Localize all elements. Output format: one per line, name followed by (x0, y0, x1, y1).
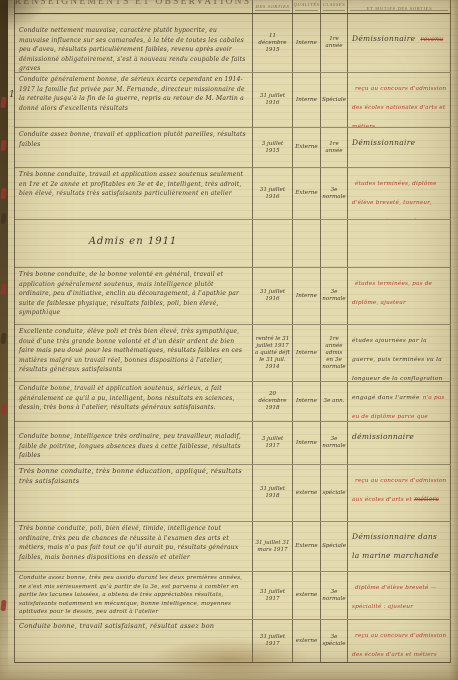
motif-cell (348, 220, 451, 267)
table-row: Conduite assez bonne, très peu assidu du… (15, 572, 451, 620)
date-cell: 31 juillet 1917 (253, 572, 293, 619)
quality-cell: Externe (293, 128, 321, 167)
class-cell: 1re année admis en 3e normale (321, 325, 348, 381)
quality-cell: Interne (293, 422, 321, 464)
motif-cell: reçu au concours d'admission aux écoles … (348, 465, 451, 521)
table-row: Conduite bonne, intelligence très ordina… (15, 422, 451, 465)
quality-cell: Interne (293, 268, 321, 324)
quality-cell (293, 220, 321, 267)
observation-cell: Très bonne conduite, très bonne éducatio… (15, 465, 253, 521)
class-cell: 3e normale (321, 268, 348, 324)
edge-mark (0, 213, 6, 225)
date-cell: 3 juillet 1915 (253, 128, 293, 167)
table-row: Conduite nettement mauvaise, caractère p… (15, 14, 451, 73)
observation-cell: Excellente conduite, élève poli et très … (15, 325, 253, 381)
date-cell: 3 juillet 1917 (253, 422, 293, 464)
class-cell: Spéciale (321, 73, 348, 127)
edge-mark (0, 404, 6, 416)
quality-cell: Externe (293, 522, 321, 571)
observation-cell: Très bonne conduite, poli, bien élevé, t… (15, 522, 253, 571)
corner-stain (0, 0, 46, 32)
observation-cell: Conduite généralement bonne, de sérieux … (15, 73, 253, 127)
table-row: Conduite assez bonne, travail et applica… (15, 128, 451, 168)
table-row: Très bonne conduite, travail et applicat… (15, 168, 451, 220)
motif-cell: Démissionnaire (348, 128, 451, 167)
quality-cell: Interne (293, 73, 321, 127)
class-cell: 3e normale (321, 168, 348, 219)
motif-cell: études terminées, diplôme d'élève brevet… (348, 168, 451, 219)
date-cell: 20 décembre 1918 (253, 382, 293, 421)
register-page: 1 RENSEIGNEMENTS ET OBSERVATIONS DES SOR… (0, 0, 458, 680)
header-qualites: QUALITÉS (293, 0, 321, 13)
class-cell: Spéciale (321, 522, 348, 571)
motif-cell: engagé dans l'arméen'a pas eu de diplôme… (348, 382, 451, 421)
observation-cell: Très bonne conduite, travail et applicat… (15, 168, 253, 219)
observation-cell: Conduite assez bonne, travail et applica… (15, 128, 253, 167)
date-cell: 31 juillet 31 mars 1917 (253, 522, 293, 571)
observation-cell: Conduite bonne, travail et application s… (15, 382, 253, 421)
page-edge (0, 0, 8, 680)
observation-cell: Conduite nettement mauvaise, caractère p… (15, 14, 253, 72)
observation-cell: Très bonne conduite, de la bonne volonté… (15, 268, 253, 324)
quality-cell: Interne (293, 325, 321, 381)
class-cell: 3e normale (321, 572, 348, 619)
table-header-row: RENSEIGNEMENTS ET OBSERVATIONS DES SORTI… (15, 0, 451, 14)
motif-cell: Démissionnairerevenu (348, 14, 451, 72)
class-cell: 3e normale (321, 422, 348, 464)
class-cell: 1re année (321, 14, 348, 72)
table-row: Très bonne conduite, de la bonne volonté… (15, 268, 451, 325)
edge-mark (0, 97, 6, 109)
date-cell: 31 juillet 1916 (253, 73, 293, 127)
quality-cell: Interne (293, 14, 321, 72)
edge-mark (0, 284, 6, 296)
table-row: Très bonne conduite, très bonne éducatio… (15, 465, 451, 522)
motif-cell: reçu au concours d'admission des écoles … (348, 73, 451, 127)
observation-cell: Conduite bonne, intelligence très ordina… (15, 422, 253, 464)
section-title-cell: Admis en 1911 (15, 220, 253, 267)
date-cell: 31 juillet 1916 (253, 168, 293, 219)
header-dates-sorties: DES SORTIES (253, 0, 293, 13)
motif-cell: études ajournées par la guerre, puis ter… (348, 325, 451, 381)
date-cell (253, 220, 293, 267)
header-motifs-label: ET MOTIFS DES SORTIES (367, 6, 432, 11)
class-cell: 3e ann. (321, 382, 348, 421)
header-motifs: ET MOTIFS DES SORTIES (348, 0, 451, 13)
header-observations: RENSEIGNEMENTS ET OBSERVATIONS (15, 0, 253, 13)
motif-cell: études terminées, pas de diplôme, ajuste… (348, 268, 451, 324)
edge-mark (0, 188, 6, 200)
section-row: Admis en 1911 (15, 220, 451, 268)
edge-mark (0, 333, 6, 345)
class-cell: spéciale (321, 465, 348, 521)
edge-mark (0, 140, 6, 152)
date-cell: rentré le 31 juillet 1917 a quitté déft … (253, 325, 293, 381)
quality-cell: externe (293, 465, 321, 521)
header-classes-label: CLASSES (323, 1, 345, 8)
class-cell: 1re année (321, 128, 348, 167)
motif-cell: démissionnaire (348, 422, 451, 464)
right-shade (448, 0, 458, 680)
motif-cell: diplôme d'élève breveté — spécialité : a… (348, 572, 451, 619)
class-cell (321, 220, 348, 267)
observation-cell: Conduite assez bonne, très peu assidu du… (15, 572, 253, 619)
edge-mark (0, 600, 6, 612)
table-row: Très bonne conduite, poli, bien élevé, t… (15, 522, 451, 572)
table-row: Conduite bonne, travail et application s… (15, 382, 451, 422)
table-row: Conduite généralement bonne, de sérieux … (15, 73, 451, 128)
section-title: Admis en 1911 (19, 222, 247, 247)
quality-cell: Interne (293, 382, 321, 421)
header-observations-label: RENSEIGNEMENTS ET OBSERVATIONS (15, 0, 251, 7)
date-cell: 31 juillet 1916 (253, 268, 293, 324)
bottom-shade (0, 652, 458, 680)
header-dates-label: DES SORTIES (256, 3, 290, 10)
quality-cell: Externe (293, 168, 321, 219)
header-qualites-label: QUALITÉS (294, 1, 320, 8)
header-classes: CLASSES (321, 0, 348, 13)
register-table: RENSEIGNEMENTS ET OBSERVATIONS DES SORTI… (14, 0, 451, 663)
table-row: Excellente conduite, élève poli et très … (15, 325, 451, 382)
quality-cell: externe (293, 572, 321, 619)
date-cell: 11 décembre 1915 (253, 14, 293, 72)
date-cell: 31 juillet 1918 (253, 465, 293, 521)
motif-cell: Démissionnaire dans la marine marchande (348, 522, 451, 571)
